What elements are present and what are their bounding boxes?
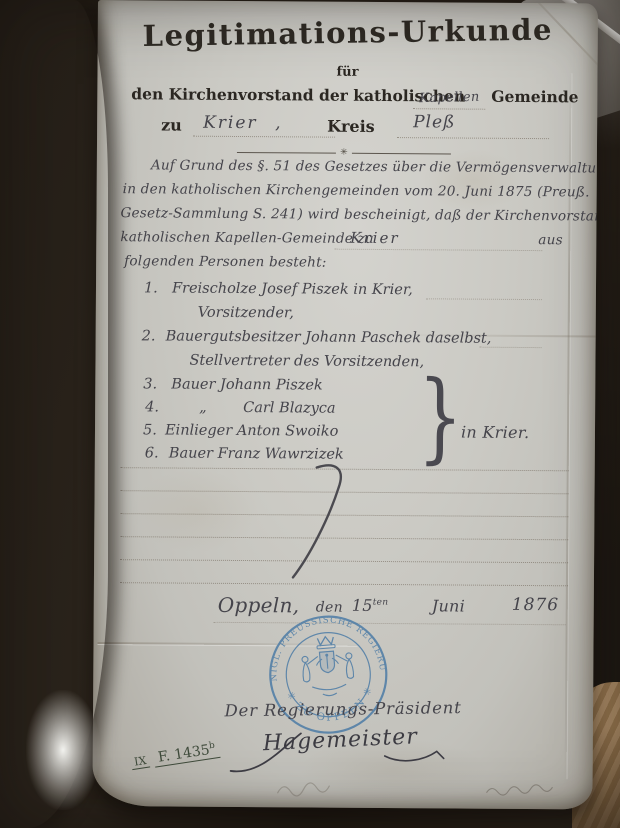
ornamental-divider: ✳ <box>237 148 451 158</box>
place-value: Krier <box>203 113 258 133</box>
fill-in-line <box>426 297 542 300</box>
ditto-mark: „ <box>199 400 207 416</box>
member-number: 3. <box>143 376 157 392</box>
divider-line <box>352 153 451 155</box>
pencil-scribble-right <box>484 781 566 800</box>
member-text: Bauer Johann Piszek <box>171 377 323 394</box>
pencil-scribble-center <box>274 777 338 801</box>
fill-in-line <box>193 135 335 138</box>
signature-trailing-swash <box>385 751 444 761</box>
stamp-left-supporter-head <box>302 656 308 662</box>
stamp-crown-band <box>317 644 335 648</box>
member-number: 4. <box>145 399 159 415</box>
member-continuation: Vorsitzender, <box>198 305 294 322</box>
fleuron-ornament-icon: ✳ <box>340 149 348 158</box>
document-title: Legitimations-Urkunde <box>98 12 598 54</box>
member-number: 1. <box>144 280 158 296</box>
body-line-end: aus <box>538 232 563 248</box>
cancellation-stroke-path <box>293 465 341 578</box>
body-line: katholischen Kapellen-Gemeinde zu <box>120 229 374 247</box>
fill-in-line <box>334 248 542 251</box>
body-line: in den katholischen Kirchengemeinden vom… <box>123 181 590 200</box>
recipient-suffix-text: Gemeinde <box>491 87 578 107</box>
member-text: Bauergutsbesitzer Johann Paschek daselbs… <box>166 328 492 346</box>
kreis-value: Pleß <box>413 112 455 132</box>
cancellation-stroke <box>262 459 355 584</box>
body-line: Auf Grund des §. 51 des Gesetzes über di… <box>151 157 598 176</box>
member-text: Einlieger Anton Swoiko <box>165 422 338 439</box>
date-year: 1876 <box>512 595 559 615</box>
pencil-scribble-path <box>277 783 329 796</box>
stamp-ring-top-text: KÖNIGL. PREUSSISCHE REGIERUNG <box>258 605 387 683</box>
stamp-crown-icon <box>317 636 334 645</box>
pencil-scribble-path <box>486 784 552 795</box>
paper-stain <box>130 468 261 553</box>
stamp-right-supporter-head <box>346 653 352 659</box>
member-number: 2. <box>142 328 156 344</box>
body-line: folgenden Personen besteht: <box>124 253 327 270</box>
document-page: Legitimations-Urkunde für den Kirchenvor… <box>92 0 598 809</box>
body-line: Gesetz-Sammlung S. 241) wird bescheinigt… <box>120 205 598 225</box>
member-text: Freischolze Josef Piszek in Krier, <box>172 281 413 299</box>
archival-reference-note: IX F. 1435b <box>104 738 221 775</box>
fill-in-line <box>413 107 485 110</box>
fill-in-line <box>397 136 549 139</box>
photo-of-document: Legitimations-Urkunde für den Kirchenvor… <box>0 0 620 828</box>
member-number: 6. <box>145 445 159 461</box>
member-continuation: Stellvertreter des Vorsitzenden, <box>189 353 424 371</box>
fuer-label: für <box>97 63 597 81</box>
place-comma: , <box>275 113 281 133</box>
curled-page-highlight <box>26 690 100 810</box>
stamp-base-scroll <box>312 684 347 697</box>
grouping-brace: } <box>417 368 463 466</box>
body-place-value: Krier <box>350 229 399 247</box>
signature-block: Hagemeister <box>225 717 475 781</box>
fill-in-line <box>480 346 542 348</box>
member-number: 5. <box>143 422 157 438</box>
date-month: Juni <box>432 596 465 615</box>
brace-note: in Krier. <box>461 423 530 442</box>
archival-note-number-text: F. 1435 <box>157 742 211 766</box>
stamp-left-supporter-figure <box>302 656 320 682</box>
kreis-label: Kreis <box>327 117 375 136</box>
member-text: Carl Blazyca <box>243 400 336 417</box>
recipient-handwritten-value: Kapellen <box>419 90 480 107</box>
divider-line <box>237 152 336 154</box>
recipient-printed-text: den Kirchenvorstand der katholischen <box>131 84 465 105</box>
archival-note-roman: IX <box>130 754 150 771</box>
zu-label: zu <box>161 115 182 134</box>
paper-fold-line <box>565 73 572 779</box>
stamp-eagle-icon <box>316 655 339 670</box>
archival-note-superscript: b <box>208 741 215 752</box>
archival-note-number: F. 1435b <box>153 740 221 767</box>
